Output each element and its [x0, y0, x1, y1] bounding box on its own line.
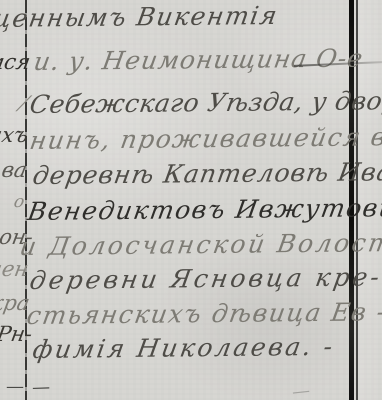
ink-dash: —	[291, 380, 311, 400]
registry-page-scan: щеннымъ Викентія и. у. Неимонищина О-е С…	[0, 0, 382, 400]
margin-text-fragment: чен	[0, 257, 30, 281]
margin-text-fragment: ыхъ	[0, 123, 30, 147]
margin-text-fragment: мся	[0, 50, 32, 74]
handwriting-line: деревни Ясновца кре-	[28, 262, 382, 296]
handwriting-line: и. у. Неимонищина О-е	[32, 44, 366, 77]
handwriting-line: и Долосчанской Волости	[18, 228, 382, 262]
handwriting-line: стьянскихъ дѣвица Ев -	[25, 297, 382, 331]
margin-text-fragment: рон-	[0, 225, 35, 249]
ink-dash: —	[6, 376, 24, 397]
margin-text-fragment: о	[12, 192, 26, 212]
margin-text-fragment: ва	[0, 158, 29, 182]
handwriting-line: деревнѣ Каптеловѣ Иванъ	[31, 157, 382, 191]
margin-text-fragment: кра	[0, 291, 32, 315]
handwriting-line: Венедиктовъ Ивжутовичъ	[26, 193, 382, 227]
ink-dash: —	[32, 377, 51, 399]
handwriting-line: Себежскаго Уѣзда, у дворя-	[28, 86, 382, 120]
handwriting-line: щеннымъ Викентія	[0, 1, 280, 34]
handwriting-line: фимія Николаева. -	[31, 332, 338, 365]
handwriting-line: нинъ, проживавшейся въ	[28, 122, 382, 156]
margin-text-fragment: Рн-	[0, 322, 34, 346]
